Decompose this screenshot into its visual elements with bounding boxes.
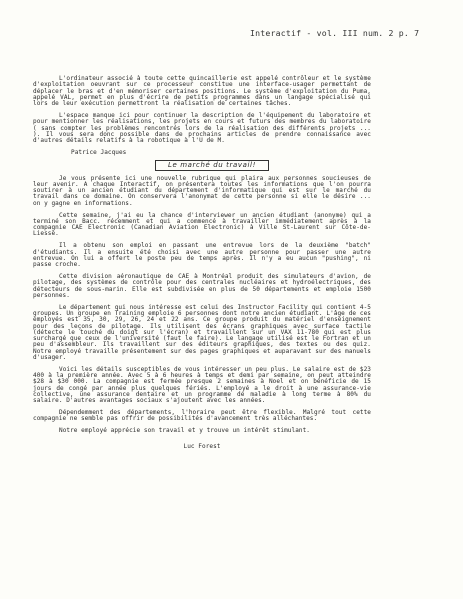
section-title: Le marché du travail!: [155, 160, 269, 170]
paragraph: Je vous présente ici une nouvelle rubriq…: [33, 176, 371, 207]
author-signature: Luc Forest: [33, 444, 371, 450]
paragraph: Dépendemment des départements, l'horaire…: [33, 410, 371, 423]
paragraph: Cette semaine, j'ai eu la chance d'inter…: [33, 213, 371, 238]
paragraph: L'ordinateur associé à toute cette quinc…: [33, 76, 371, 107]
paragraph: Voici les détails susceptibles de vous i…: [33, 367, 371, 405]
paragraph: Le département qui nous intéresse est ce…: [33, 305, 371, 362]
paragraph: L'espace manque ici pour continuer la de…: [33, 113, 371, 144]
paragraph: Notre employé apprécie son travail et y …: [33, 428, 371, 434]
paragraph: Il a obtenu son emploi en passant une en…: [33, 243, 371, 268]
page-body: L'ordinateur associé à toute cette quinc…: [33, 76, 371, 456]
author-signature: Patrice Jacques: [33, 150, 371, 156]
page-header: Interactif - vol. III num. 2 p. 7: [250, 28, 419, 38]
section-title-wrap: Le marché du travail!: [33, 160, 371, 170]
paragraph: Cette division aéronautique de CAE à Mon…: [33, 274, 371, 299]
